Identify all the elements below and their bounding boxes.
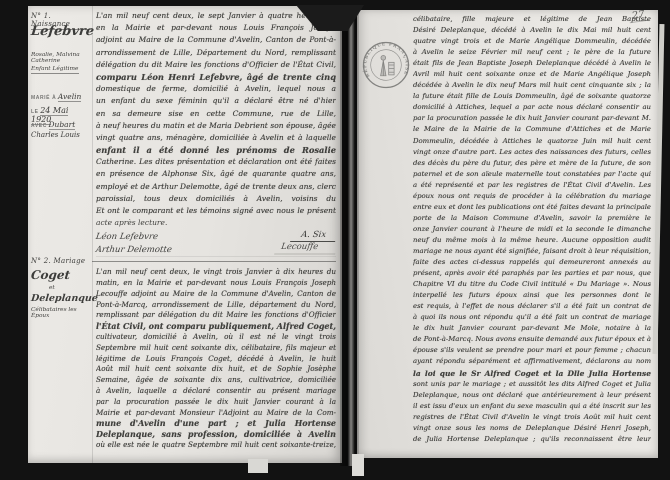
spouse-surname: Dubart: [49, 120, 76, 130]
manuscript-line: paroissial, tous deux domiciliés à Aveli…: [96, 193, 336, 205]
manuscript-line: Septembre mil huit cent soixante dix, cé…: [96, 343, 336, 354]
manuscript-line: de Pont-à-Marcq. Nous avons ensuite dema…: [413, 334, 651, 345]
manuscript-line: la future était fille de Louis Dommeulin…: [413, 91, 651, 102]
manuscript-line: Août mil huit cent soixante dix huit, et…: [96, 364, 336, 375]
act2-note: Célibataires les Époux: [31, 307, 91, 319]
manuscript-line: entre eux et dont les publications ont é…: [413, 202, 651, 213]
manuscript-line: Et ont le comparant et les témoins signé…: [96, 205, 336, 217]
manuscript-line: à Avelin, laquelle a déclaré consentir a…: [96, 386, 336, 397]
spouse-row: AVEC Dubart: [31, 120, 91, 129]
right-page-body: célibataire, fille majeure et légitime d…: [413, 14, 651, 445]
manuscript-line: neuf du même mois à la même heure. Aucun…: [413, 235, 651, 246]
manuscript-line: en présence de Alphonse Six, âgé de quar…: [96, 168, 336, 180]
manuscript-line: en sa demeure sise en cette Commune, rue…: [96, 108, 336, 120]
signature-row-2: Arthur Delemotte Lecouffe: [95, 242, 337, 255]
birth-act-closing: acte après lecture.: [96, 217, 336, 229]
manuscript-line: a été représenté et par les registres de…: [413, 180, 651, 191]
signature-officer: Lecouffe: [274, 242, 337, 255]
left-page-body: L'an mil neuf cent deux, le sept Janvier…: [96, 10, 336, 451]
bottom-binding-tab: [352, 454, 364, 476]
manuscript-line: matin, en la Mairie et par-devant nous L…: [96, 278, 336, 289]
signature-declarant: Léon Lefebvre: [95, 232, 159, 242]
manuscript-line: est requis, à l'effet de nous déclarer s…: [413, 301, 651, 312]
manuscript-line: cultivateur, domicilié à Avelin, où il e…: [96, 332, 336, 343]
manuscript-line: Mairie et par-devant Monsieur l'Adjoint …: [96, 408, 336, 419]
manuscript-line: L'an mil neuf cent deux, le vingt trois …: [96, 267, 336, 278]
manuscript-line: vingt onze sous les noms de Deleplanque …: [413, 423, 651, 434]
marriage-mention: MARIÉ À Avelin: [31, 92, 91, 101]
manuscript-line: Deleplanque, sans profession, domiciliée…: [96, 429, 336, 440]
manuscript-line: Semaine, âgée de soixante dix ans, culti…: [96, 375, 336, 386]
manuscript-line: à Avelin le seize Février mil neuf cent …: [413, 47, 651, 58]
manuscript-line: délégation du dit Maire les fonctions d'…: [96, 59, 336, 71]
manuscript-line: comparu Léon Henri Lefebvre, âgé de tren…: [96, 71, 336, 83]
manuscript-line: des décès du père du futur, des père et …: [413, 158, 651, 169]
signature-row-1: Léon Lefebvre A. Six: [95, 229, 337, 242]
manuscript-line: il est issu d'eux un enfant du sexe masc…: [413, 401, 651, 412]
manuscript-line: un enfant du sexe féminin qu'il a déclar…: [96, 95, 336, 107]
marriage-place: Avelin: [58, 92, 81, 102]
manuscript-line: domestique de ferme, domicilié à Avelin,…: [96, 83, 336, 95]
manuscript-line: épouse s'ils veulent se prendre pour mar…: [413, 345, 651, 356]
manuscript-line: par la procuration passée le dix huit Ja…: [96, 397, 336, 408]
signature-witness-1: A. Six: [290, 230, 337, 242]
manuscript-line: sont unis par le mariage ; et aussitôt l…: [413, 379, 651, 390]
margin-rule: [92, 6, 93, 463]
birth-act-text: L'an mil neuf cent deux, le sept Janvier…: [96, 10, 336, 217]
right-page: 27 RÉPUBLIQUE FRANÇAISE célibataire, fil: [357, 10, 658, 458]
binding-gutter-shadow: [340, 6, 359, 466]
spouse-given-names: Charles Louis: [31, 131, 91, 139]
republique-francaise-stamp-icon: RÉPUBLIQUE FRANÇAISE: [359, 38, 413, 92]
act2-groom-surname: Coget: [30, 268, 91, 282]
manuscript-line: mariage ne nous ayant été signifiée, fai…: [413, 246, 651, 257]
manuscript-line: le Maire de la Mairie de la Commune d'At…: [413, 124, 651, 135]
act2-bride-surname: Deleplanque: [30, 293, 91, 304]
manuscript-line: de Julia Hortense Deleplanque ; qu'ils r…: [413, 434, 651, 445]
manuscript-line: mune d'Avelin d'une part ; et Julia Hort…: [96, 418, 336, 429]
manuscript-line: Deleplanque, nous ont déclaré que antéri…: [413, 390, 651, 401]
bottom-page-tab: [248, 459, 268, 473]
act1-given-names: Rosalie, Malvina Catherine: [31, 52, 91, 64]
manuscript-line: faite des actes ci-dessus rappelés qui d…: [413, 257, 651, 268]
manuscript-line: à quoi ils nous ont répondu qu'il a été …: [413, 312, 651, 323]
manuscript-line: quatre vingt trois et de Marie Angélique…: [413, 36, 651, 47]
manuscript-line: Catherine. Les dites présentation et déc…: [96, 156, 336, 168]
manuscript-line: Chapitre VI du titre du Code Civil intit…: [413, 279, 651, 290]
manuscript-line: Pont-à-Marcq, arrondissement de Lille, d…: [96, 300, 336, 311]
act1-surname: Lefebvre: [30, 24, 92, 39]
manuscript-line: par la procuration passée le dix huit Ja…: [413, 113, 651, 124]
manuscript-line: remplissant par délégation du dit Maire …: [96, 310, 336, 321]
stamp-marie-a: MARIÉ À: [31, 95, 56, 101]
manuscript-line: en la Mairie et par-devant nous Louis Fr…: [96, 22, 336, 34]
act-separator-line: [92, 261, 336, 262]
manuscript-line: porte de la Maison Commune d'Avelin, sav…: [413, 213, 651, 224]
manuscript-line: la loi que le Sr Alfred Coget et la Dlle…: [413, 368, 651, 379]
manuscript-line: était fils de Jean Baptiste Joseph Delep…: [413, 58, 651, 69]
manuscript-line: présent, après avoir été paraphés par le…: [413, 268, 651, 279]
manuscript-line: vingt quatre ans, ménagère, domiciliée à…: [96, 132, 336, 144]
manuscript-line: à neuf heures du matin et de Maria Debri…: [96, 120, 336, 132]
manuscript-line: le dix huit Janvier courant par-devant M…: [413, 323, 651, 334]
marriage-act-text: L'an mil neuf cent deux, le vingt trois …: [96, 267, 336, 451]
marianne-figure-icon: [381, 55, 395, 75]
manuscript-line: interpellé les futurs époux ainsi que le…: [413, 290, 651, 301]
manuscript-line: L'an mil neuf cent deux, le sept Janvier…: [96, 10, 336, 22]
marriage-act-continuation: célibataire, fille majeure et légitime d…: [413, 14, 651, 445]
ruled-line: [96, 256, 336, 257]
manuscript-line: légitime de Louis François Coget, décédé…: [96, 354, 336, 365]
left-page: N° 1. Naissance Lefebvre Rosalie, Malvin…: [28, 6, 342, 463]
act1-status: Enfant Légitime: [31, 66, 79, 74]
manuscript-line: célibataire, fille majeure et légitime d…: [413, 14, 651, 25]
manuscript-line: Lecouffe adjoint au Maire de la Commune …: [96, 289, 336, 300]
manuscript-line: arrondissement de Lille, Département du …: [96, 47, 336, 59]
manuscript-line: vingt onze d'autre part. Les actes des n…: [413, 147, 651, 158]
manuscript-line: paternel et de son aïeule maternelle tou…: [413, 169, 651, 180]
manuscript-line: ayant répondu séparément et affirmativem…: [413, 356, 651, 367]
act2-number: N° 2. Mariage: [31, 257, 91, 265]
stamp-avec: AVEC: [31, 123, 47, 129]
manuscript-line: où elle est née le quatre Septembre mil …: [96, 440, 336, 451]
manuscript-line: Avril mil huit cent soixante onze et de …: [413, 69, 651, 80]
manuscript-line: domicilié à Attiches, lequel a par acte …: [413, 102, 651, 113]
manuscript-line: adjoint au Maire de la Commune d'Avelin,…: [96, 34, 336, 46]
register-scan: N° 1. Naissance Lefebvre Rosalie, Malvin…: [0, 0, 670, 480]
manuscript-line: époux nous ont requis de procéder à la c…: [413, 191, 651, 202]
manuscript-line: employé et de Arthur Delemotte, âgé de t…: [96, 181, 336, 193]
manuscript-line: l'État Civil, ont comparu publiquement, …: [96, 321, 336, 332]
manuscript-line: décédée à Avelin le dix neuf Mars mil hu…: [413, 80, 651, 91]
manuscript-line: onze Janvier courant à l'heure de midi e…: [413, 224, 651, 235]
manuscript-line: enfant il a été donné les prénoms de Ros…: [96, 144, 336, 156]
signature-witness-2: Arthur Delemotte: [95, 245, 172, 255]
manuscript-line: registres de l'État Civil d'Avelin le vi…: [413, 412, 651, 423]
manuscript-line: Désiré Deleplanque, décédé à Avelin le d…: [413, 25, 651, 36]
manuscript-line: Dommeulin, décédée à Attiches le quatorz…: [413, 136, 651, 147]
